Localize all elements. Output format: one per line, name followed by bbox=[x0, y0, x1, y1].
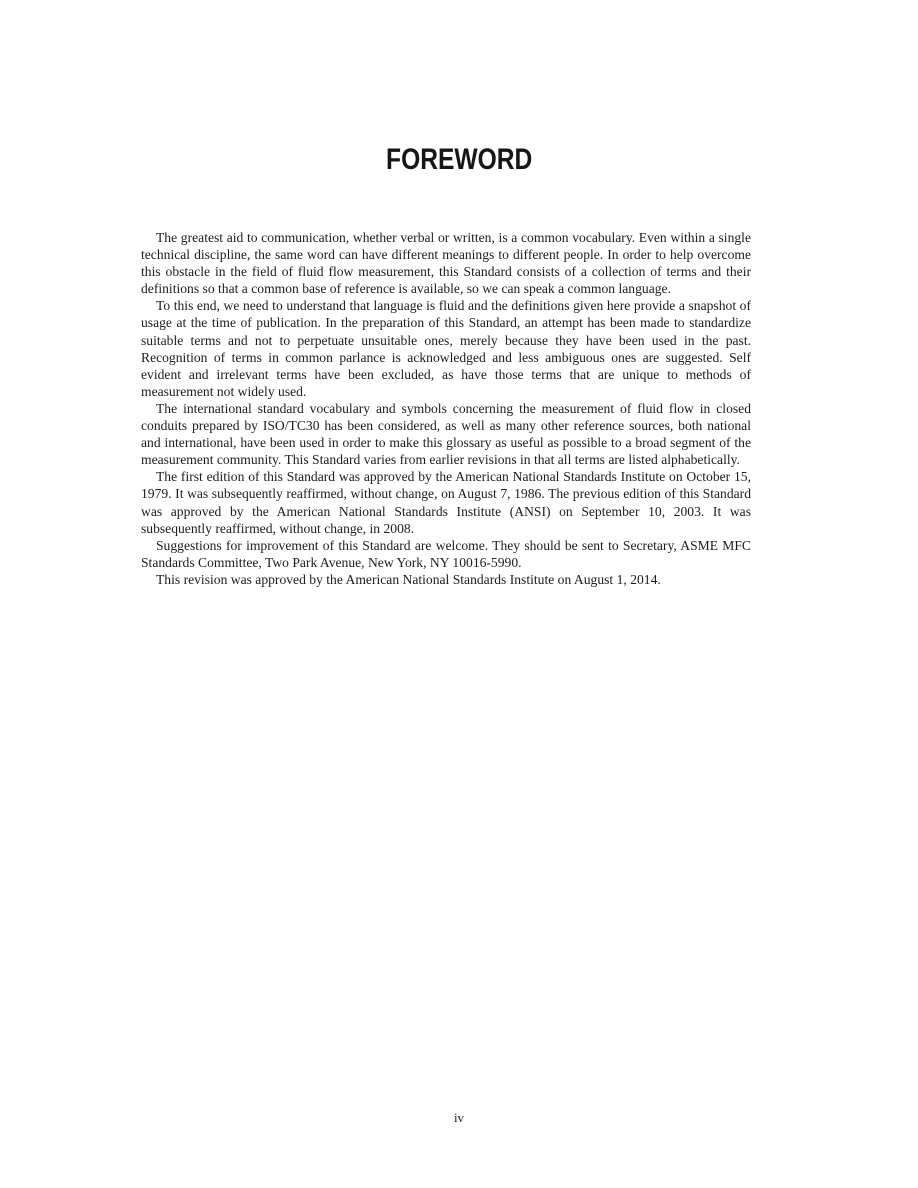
document-page: FOREWORD The greatest aid to communicati… bbox=[0, 0, 918, 1188]
paragraph: This revision was approved by the Americ… bbox=[141, 571, 751, 588]
page-number: iv bbox=[0, 1110, 918, 1126]
paragraph: The international standard vocabulary an… bbox=[141, 400, 751, 468]
paragraph: The greatest aid to communication, wheth… bbox=[141, 229, 751, 297]
paragraph: The first edition of this Standard was a… bbox=[141, 468, 751, 536]
foreword-body: The greatest aid to communication, wheth… bbox=[141, 229, 751, 588]
paragraph: To this end, we need to understand that … bbox=[141, 297, 751, 400]
paragraph: Suggestions for improvement of this Stan… bbox=[141, 537, 751, 571]
page-title-text: FOREWORD bbox=[386, 143, 532, 177]
page-title: FOREWORD bbox=[0, 143, 918, 177]
